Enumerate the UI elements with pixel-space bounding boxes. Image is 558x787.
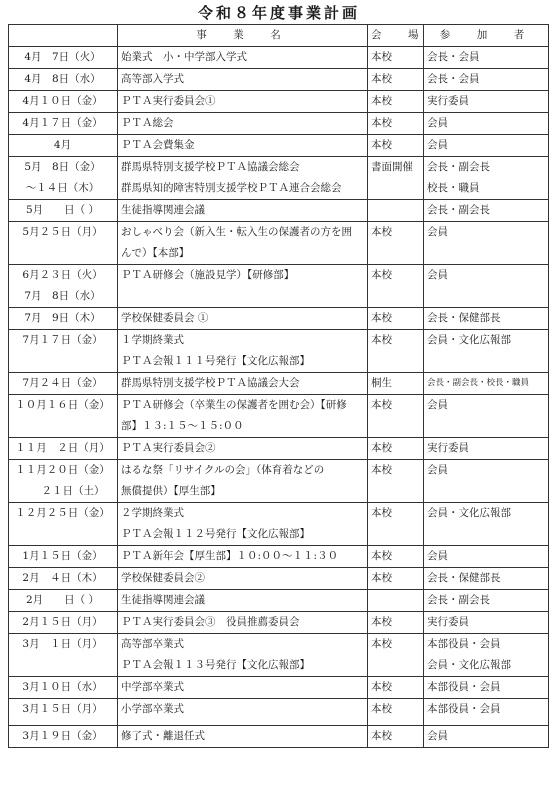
participants-cell-line: 会員 — [427, 265, 545, 286]
date-cell-line: １１月 ２日（月） — [11, 438, 114, 459]
date-cell: 3月 １日（月） — [9, 634, 118, 677]
venue-cell: 本校 — [368, 113, 424, 135]
venue-cell: 本校 — [368, 699, 424, 726]
participants-cell: 会長・保健部長 — [424, 308, 549, 330]
participants-cell: 会長・会員 — [424, 47, 549, 69]
venue-cell: 本校 — [368, 47, 424, 69]
date-cell-line: 5月 日（ ） — [11, 200, 114, 221]
date-cell: 5月 日（ ） — [9, 200, 118, 222]
participants-cell-line: 会長・保健部長 — [427, 308, 545, 329]
venue-cell: 本校 — [368, 330, 424, 373]
date-cell: 4月１０日（金） — [9, 91, 118, 113]
date-cell: １０月１６日（金） — [9, 395, 118, 438]
venue-cell: 本校 — [368, 568, 424, 590]
date-cell: 7月１７日（金） — [9, 330, 118, 373]
date-cell-line: 5月 8日（金） — [11, 157, 114, 178]
event-cell-line: ２学期終業式 — [121, 503, 364, 524]
event-cell: ＰＴＡ研修会（卒業生の保護者を囲む会）【研修部】１３:１５～１５:００ — [118, 395, 368, 438]
participants-cell-line: 会員・文化広報部 — [427, 655, 545, 676]
event-cell: ＰＴＡ実行委員会① — [118, 91, 368, 113]
participants-cell-line: 会員 — [427, 113, 545, 134]
venue-cell: 本校 — [368, 438, 424, 460]
date-cell: 4月 7日（火） — [9, 47, 118, 69]
venue-cell: 本校 — [368, 612, 424, 634]
table-row: 5月２５日（月）おしゃべり会（新入生・転入生の保護者の方を囲んで）【本部】本校会… — [9, 222, 549, 265]
date-cell-line: 4月 7日（火） — [11, 47, 114, 68]
table-row: 4月 7日（火）始業式 小・中学部入学式本校会長・会員 — [9, 47, 549, 69]
participants-cell: 会員 — [424, 135, 549, 157]
participants-cell: 会員 — [424, 546, 549, 568]
event-cell-line: ＰＴＡ総会 — [121, 113, 364, 134]
event-cell-line: おしゃべり会（新入生・転入生の保護者の方を囲 — [121, 222, 364, 243]
table-row: 2月１５日（月）ＰＴＡ実行委員会③ 役員推薦委員会本校実行委員 — [9, 612, 549, 634]
participants-cell-line: 会員 — [427, 460, 545, 481]
event-cell: ＰＴＡ総会 — [118, 113, 368, 135]
event-cell: はるな祭「リサイクルの会」（体育着などの無償提供）【厚生部】 — [118, 460, 368, 503]
event-cell-line: 群馬県知的障害特別支援学校ＰＴＡ連合会総会 — [121, 178, 364, 199]
table-row: 4月１７日（金）ＰＴＡ総会本校会員 — [9, 113, 549, 135]
date-cell-line: 6月２３日（火） — [11, 265, 114, 286]
table-row: １２月２５日（金）２学期終業式ＰＴＡ会報１１２号発行【文化広報部】本校会員・文化… — [9, 503, 549, 546]
event-cell-line: 学校保健委員会② — [121, 568, 364, 589]
date-cell-line: １２月２５日（金） — [11, 503, 114, 524]
venue-cell: 本校 — [368, 91, 424, 113]
date-cell-line: 4月 8日（水） — [11, 69, 114, 90]
participants-cell: 本部役員・会員会員・文化広報部 — [424, 634, 549, 677]
date-cell: 4月 8日（水） — [9, 69, 118, 91]
event-cell: ２学期終業式ＰＴＡ会報１１２号発行【文化広報部】 — [118, 503, 368, 546]
table-row: 2月 日（ ）生徒指導関連会議会長・副会長 — [9, 590, 549, 612]
date-cell: 3月１５日（月） — [9, 699, 118, 726]
participants-cell-line: 会員 — [427, 726, 545, 747]
date-cell-line: １１月２０日（金） — [11, 460, 114, 481]
date-cell-line: ～１４日（木） — [11, 178, 114, 199]
participants-cell-line: 会長・会員 — [427, 69, 545, 90]
table-row: 3月 １日（月）高等部卒業式ＰＴＡ会報１１３号発行【文化広報部】本校本部役員・会… — [9, 634, 549, 677]
table-row: 3月１９日（金）修了式・離退任式本校会員 — [9, 726, 549, 748]
date-cell: １２月２５日（金） — [9, 503, 118, 546]
participants-cell: 会員 — [424, 460, 549, 503]
participants-cell: 会長・副会長・校長・職員 — [424, 373, 549, 395]
participants-cell-line: 実行委員 — [427, 438, 545, 459]
event-cell: ＰＴＡ実行委員会② — [118, 438, 368, 460]
date-cell-line: 7月１７日（金） — [11, 330, 114, 351]
participants-cell-line: 会員・文化広報部 — [427, 330, 545, 351]
venue-cell: 桐生 — [368, 373, 424, 395]
date-cell: 5月 8日（金）～１４日（木） — [9, 157, 118, 200]
date-cell: 3月１０日（水） — [9, 677, 118, 699]
table-body: 4月 7日（火）始業式 小・中学部入学式本校会長・会員4月 8日（水）高等部入学… — [9, 47, 549, 748]
participants-cell-line: 会員 — [427, 222, 545, 243]
header-venue: 会 場 — [368, 25, 424, 47]
participants-cell: 本部役員・会員 — [424, 699, 549, 726]
participants-cell-line: 本部役員・会員 — [427, 634, 545, 655]
table-row: 5月 日（ ）生徒指導関連会議会長・副会長 — [9, 200, 549, 222]
participants-cell: 会長・保健部長 — [424, 568, 549, 590]
participants-cell-line: 会員 — [427, 546, 545, 567]
venue-cell: 本校 — [368, 395, 424, 438]
date-cell-line: 4月１７日（金） — [11, 113, 114, 134]
event-cell-line: ＰＴＡ会費集金 — [121, 135, 364, 156]
event-cell-line: 群馬県特別支援学校ＰＴＡ協議会総会 — [121, 157, 364, 178]
date-cell-line: 7月 9日（木） — [11, 308, 114, 329]
event-cell: ＰＴＡ研修会（施設見学）【研修部】 — [118, 265, 368, 308]
venue-cell: 本校 — [368, 69, 424, 91]
table-row: 4月 8日（水）高等部入学式本校会長・会員 — [9, 69, 549, 91]
table-row: 4月ＰＴＡ会費集金本校会員 — [9, 135, 549, 157]
participants-cell-line: 校長・職員 — [427, 178, 545, 199]
participants-cell: 実行委員 — [424, 91, 549, 113]
header-date — [9, 25, 118, 47]
event-cell-line: はるな祭「リサイクルの会」（体育着などの — [121, 460, 364, 481]
date-cell-line: 7月２４日（金） — [11, 373, 114, 394]
participants-cell-line: 会員 — [427, 395, 545, 416]
event-cell-line: ＰＴＡ会報１１２号発行【文化広報部】 — [121, 524, 364, 545]
event-cell: おしゃべり会（新入生・転入生の保護者の方を囲んで）【本部】 — [118, 222, 368, 265]
participants-cell: 本部役員・会員 — [424, 677, 549, 699]
event-cell-line: ＰＴＡ実行委員会① — [121, 91, 364, 112]
participants-cell: 会長・副会長校長・職員 — [424, 157, 549, 200]
date-cell-line: 3月１５日（月） — [11, 699, 114, 720]
participants-cell-line: 実行委員 — [427, 612, 545, 633]
table-row: 5月 8日（金）～１４日（木）群馬県特別支援学校ＰＴＡ協議会総会群馬県知的障害特… — [9, 157, 549, 200]
event-cell-line: 生徒指導関連会議 — [121, 590, 364, 611]
table-row: 7月２４日（金）群馬県特別支援学校ＰＴＡ協議会大会桐生会長・副会長・校長・職員 — [9, 373, 549, 395]
participants-cell-line: 会長・保健部長 — [427, 568, 545, 589]
date-cell-line: 3月１９日（金） — [11, 726, 114, 747]
date-cell-line: 3月 １日（月） — [11, 634, 114, 655]
event-cell-line: ＰＴＡ実行委員会③ 役員推薦委員会 — [121, 612, 364, 633]
date-cell: 6月２３日（火）7月 8日（水） — [9, 265, 118, 308]
venue-cell: 本校 — [368, 222, 424, 265]
date-cell: 4月１７日（金） — [9, 113, 118, 135]
participants-cell: 会員・文化広報部 — [424, 503, 549, 546]
event-cell: 群馬県特別支援学校ＰＴＡ協議会大会 — [118, 373, 368, 395]
date-cell: 7月 9日（木） — [9, 308, 118, 330]
event-cell-line: 中学部卒業式 — [121, 677, 364, 698]
event-cell: ＰＴＡ新年会【厚生部】１０:００～１１:３０ — [118, 546, 368, 568]
event-cell-line: 群馬県特別支援学校ＰＴＡ協議会大会 — [121, 373, 364, 394]
event-cell: ＰＴＡ会費集金 — [118, 135, 368, 157]
date-cell-line: 2月１５日（月） — [11, 612, 114, 633]
participants-cell: 会員・文化広報部 — [424, 330, 549, 373]
date-cell: 1月１５日（金） — [9, 546, 118, 568]
table-row: １１月 ２日（月）ＰＴＡ実行委員会②本校実行委員 — [9, 438, 549, 460]
participants-cell-line: 実行委員 — [427, 91, 545, 112]
date-cell: 2月１５日（月） — [9, 612, 118, 634]
venue-cell: 本校 — [368, 546, 424, 568]
event-cell-line: 修了式・離退任式 — [121, 726, 364, 747]
participants-cell: 会員 — [424, 395, 549, 438]
event-cell: 学校保健委員会 ① — [118, 308, 368, 330]
table-row: 3月１０日（水）中学部卒業式本校本部役員・会員 — [9, 677, 549, 699]
participants-cell-line: 会員 — [427, 135, 545, 156]
event-cell-line: ＰＴＡ研修会（施設見学）【研修部】 — [121, 265, 364, 286]
participants-cell-line: 会員・文化広報部 — [427, 503, 545, 524]
event-cell-line: 始業式 小・中学部入学式 — [121, 47, 364, 68]
event-cell-line: 学校保健委員会 ① — [121, 308, 364, 329]
participants-cell-line: 会長・副会長 — [427, 157, 545, 178]
date-cell: １１月２０日（金） ２１日（土） — [9, 460, 118, 503]
venue-cell: 本校 — [368, 503, 424, 546]
date-cell: １１月 ２日（月） — [9, 438, 118, 460]
table-row: 2月 ４日（木）学校保健委員会②本校会長・保健部長 — [9, 568, 549, 590]
event-cell: １学期終業式ＰＴＡ会報１１１号発行【文化広報部】 — [118, 330, 368, 373]
date-cell: 2月 ４日（木） — [9, 568, 118, 590]
participants-cell-line: 会長・副会長 — [427, 200, 545, 221]
table-row: 3月１５日（月）小学部卒業式本校本部役員・会員 — [9, 699, 549, 726]
event-cell: 生徒指導関連会議 — [118, 590, 368, 612]
venue-cell: 書面開催 — [368, 157, 424, 200]
event-cell: 始業式 小・中学部入学式 — [118, 47, 368, 69]
table-row: 4月１０日（金）ＰＴＡ実行委員会①本校実行委員 — [9, 91, 549, 113]
event-cell-line: ＰＴＡ会報１１１号発行【文化広報部】 — [121, 351, 364, 372]
participants-cell: 実行委員 — [424, 438, 549, 460]
event-cell-line: ＰＴＡ研修会（卒業生の保護者を囲む会）【研修 — [121, 395, 364, 416]
venue-cell — [368, 590, 424, 612]
date-cell-line: 3月１０日（水） — [11, 677, 114, 698]
participants-cell: 会員 — [424, 726, 549, 748]
event-cell: 高等部入学式 — [118, 69, 368, 91]
date-cell: 7月２４日（金） — [9, 373, 118, 395]
date-cell-line: 5月２５日（月） — [11, 222, 114, 243]
table-row: 6月２３日（火）7月 8日（水）ＰＴＡ研修会（施設見学）【研修部】本校会員 — [9, 265, 549, 308]
event-cell-line: 生徒指導関連会議 — [121, 200, 364, 221]
participants-cell: 会長・会員 — [424, 69, 549, 91]
date-cell-line: 7月 8日（水） — [11, 286, 114, 307]
date-cell-line: 1月１５日（金） — [11, 546, 114, 567]
participants-cell-line: 会長・副会長 — [427, 590, 545, 611]
schedule-table: 事 業 名 会 場 参 加 者 4月 7日（火）始業式 小・中学部入学式本校会長… — [8, 24, 549, 748]
date-cell-line: 4月１０日（金） — [11, 91, 114, 112]
table-row: 1月１５日（金）ＰＴＡ新年会【厚生部】１０:００～１１:３０本校会員 — [9, 546, 549, 568]
table-row: 7月１７日（金）１学期終業式ＰＴＡ会報１１１号発行【文化広報部】本校会員・文化広… — [9, 330, 549, 373]
venue-cell: 本校 — [368, 265, 424, 308]
participants-cell: 実行委員 — [424, 612, 549, 634]
venue-cell: 本校 — [368, 634, 424, 677]
event-cell-line: 高等部入学式 — [121, 69, 364, 90]
participants-cell-line: 本部役員・会員 — [427, 677, 545, 698]
venue-cell: 本校 — [368, 135, 424, 157]
venue-cell: 本校 — [368, 460, 424, 503]
page-title: 令和８年度事業計画 — [0, 3, 558, 23]
date-cell-line: 2月 日（ ） — [11, 590, 114, 611]
event-cell: 群馬県特別支援学校ＰＴＡ協議会総会群馬県知的障害特別支援学校ＰＴＡ連合会総会 — [118, 157, 368, 200]
header-event-name: 事 業 名 — [118, 25, 368, 47]
event-cell: 高等部卒業式ＰＴＡ会報１１３号発行【文化広報部】 — [118, 634, 368, 677]
participants-cell: 会長・副会長 — [424, 200, 549, 222]
participants-cell-line: 本部役員・会員 — [427, 699, 545, 720]
event-cell-line: ＰＴＡ会報１１３号発行【文化広報部】 — [121, 655, 364, 676]
event-cell: 中学部卒業式 — [118, 677, 368, 699]
date-cell-line: 2月 ４日（木） — [11, 568, 114, 589]
venue-cell: 本校 — [368, 308, 424, 330]
event-cell-line: 部】１３:１５～１５:００ — [121, 416, 364, 437]
date-cell: 5月２５日（月） — [9, 222, 118, 265]
venue-cell: 本校 — [368, 677, 424, 699]
participants-cell-line: 会長・会員 — [427, 47, 545, 68]
date-cell-line: 4月 — [11, 135, 114, 156]
venue-cell: 本校 — [368, 726, 424, 748]
event-cell-line: 高等部卒業式 — [121, 634, 364, 655]
venue-cell — [368, 200, 424, 222]
participants-cell: 会長・副会長 — [424, 590, 549, 612]
event-cell-line: ＰＴＡ新年会【厚生部】１０:００～１１:３０ — [121, 546, 364, 567]
event-cell: ＰＴＡ実行委員会③ 役員推薦委員会 — [118, 612, 368, 634]
event-cell: 生徒指導関連会議 — [118, 200, 368, 222]
event-cell: 修了式・離退任式 — [118, 726, 368, 748]
participants-cell-line: 会長・副会長・校長・職員 — [427, 373, 545, 394]
event-cell-line: １学期終業式 — [121, 330, 364, 351]
date-cell: 4月 — [9, 135, 118, 157]
date-cell-line: １０月１６日（金） — [11, 395, 114, 416]
date-cell-line: ２１日（土） — [11, 481, 114, 502]
event-cell-line: 小学部卒業式 — [121, 699, 364, 720]
participants-cell: 会員 — [424, 222, 549, 265]
date-cell: 3月１９日（金） — [9, 726, 118, 748]
table-row: 7月 9日（木）学校保健委員会 ①本校会長・保健部長 — [9, 308, 549, 330]
event-cell-line: ＰＴＡ実行委員会② — [121, 438, 364, 459]
header-participants: 参 加 者 — [424, 25, 549, 47]
event-cell-line: んで）【本部】 — [121, 243, 364, 264]
participants-cell: 会員 — [424, 113, 549, 135]
date-cell: 2月 日（ ） — [9, 590, 118, 612]
event-cell-line: 無償提供）【厚生部】 — [121, 481, 364, 502]
table-row: １０月１６日（金）ＰＴＡ研修会（卒業生の保護者を囲む会）【研修部】１３:１５～１… — [9, 395, 549, 438]
table-header-row: 事 業 名 会 場 参 加 者 — [9, 25, 549, 47]
event-cell: 小学部卒業式 — [118, 699, 368, 726]
participants-cell: 会員 — [424, 265, 549, 308]
table-row: １１月２０日（金） ２１日（土）はるな祭「リサイクルの会」（体育着などの無償提供… — [9, 460, 549, 503]
event-cell: 学校保健委員会② — [118, 568, 368, 590]
